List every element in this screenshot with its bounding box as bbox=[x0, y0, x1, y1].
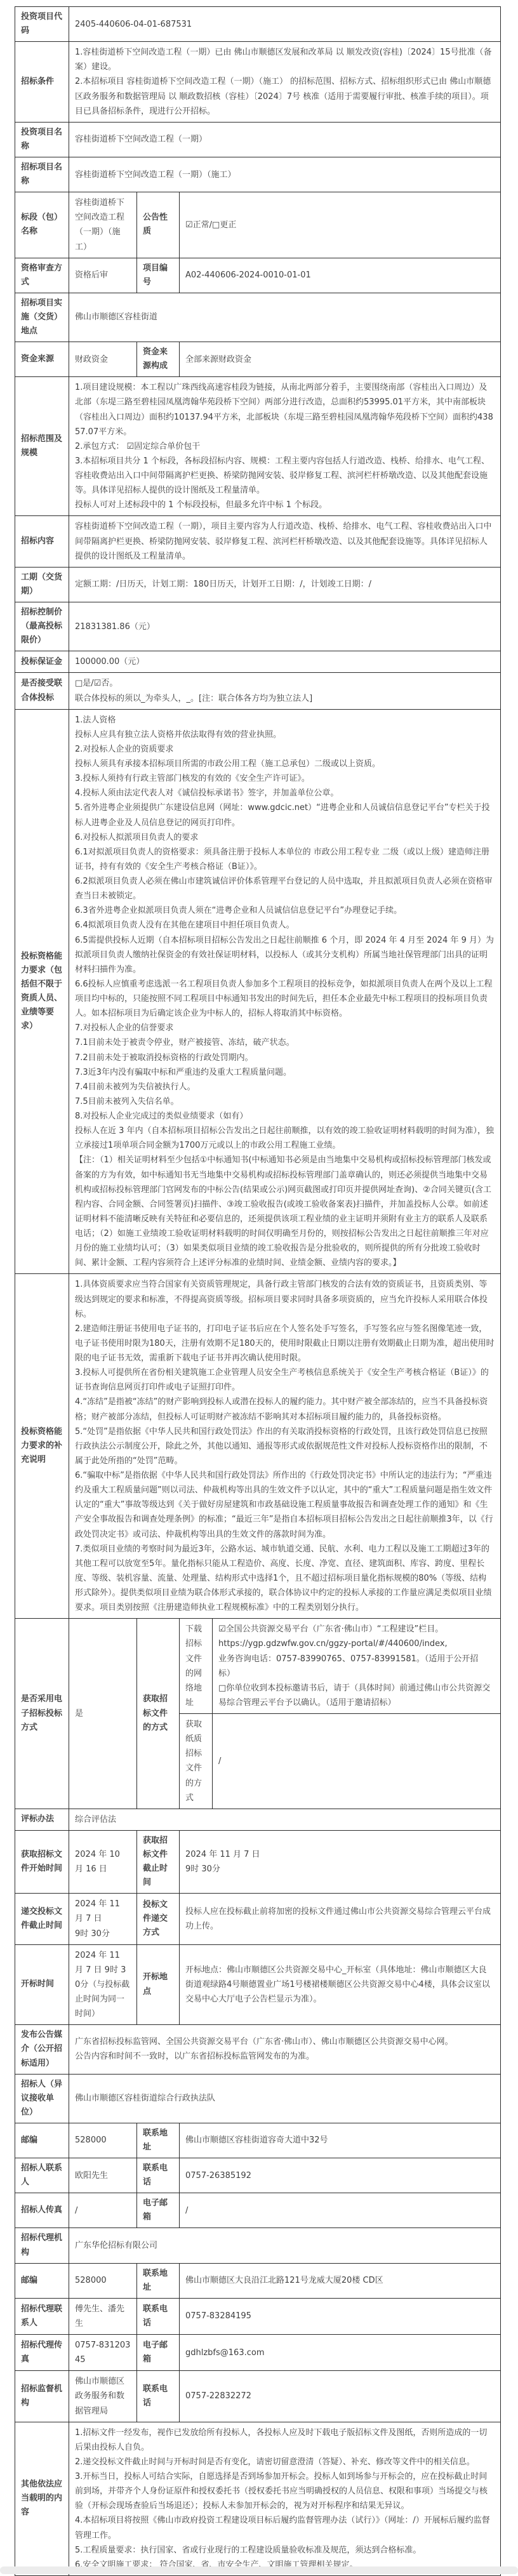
section-label: 标段（包）名称 bbox=[15, 192, 69, 258]
row-obtain-time: 获取招标文件开始时间 2024 年 10 月 16 日 获取招标文件截止时间 2… bbox=[15, 1830, 501, 1893]
tender-conditions-label: 招标条件 bbox=[15, 42, 69, 123]
qualification-supplement-value: 1.具体资质要求应当符合国家有关资质管理规定，具备行政主管部门核发的合法有效的资… bbox=[69, 1274, 501, 1619]
scope-value: 1.项目建设规模：本工程以广珠西线高速容桂段为链接，从南北两部分着手，主要围绕南… bbox=[69, 377, 501, 516]
funds-value: 财政资金 bbox=[69, 342, 137, 377]
qualification-req-label: 投标资格能力要求（包括但不限于资质人员、业绩等要求） bbox=[15, 709, 69, 1274]
consortium-label: 是否接受联合体投标 bbox=[15, 673, 69, 709]
row-tenderer: 招标人（异议接收单位） 佛山市顺德区容桂街道综合行政执法队 bbox=[15, 2074, 501, 2123]
investment-code-value: 2405-440606-04-01-687531 bbox=[69, 7, 501, 42]
row-evaluation: 评标办法 综合评估法 bbox=[15, 1809, 501, 1830]
fax2-value: 0757-83120345 bbox=[69, 2335, 137, 2371]
row-duration: 工期（交货期） 定额工期：/日历天，计划工期：180日历天，计划开工日期：/，计… bbox=[15, 567, 501, 602]
row-investment-code: 投资项目代码 2405-440606-04-01-687531 bbox=[15, 7, 501, 42]
opening-time-value: 2024 年 11 月 7 日 9时 30分（与投标截止时间为同一时间） bbox=[69, 1944, 137, 2025]
bid-bond-label: 投标保证金 bbox=[15, 651, 69, 673]
row-tender-conditions: 招标条件 1.容桂街道桥下空间改造工程（一期）已由 佛山市顺德区发展和改革局 以… bbox=[15, 42, 501, 123]
qualification-supplement-label: 投标资格能力要求的补充说明 bbox=[15, 1274, 69, 1619]
bid-bond-value: 100000.00（元） bbox=[69, 651, 501, 673]
email1-value: / bbox=[180, 2193, 501, 2228]
location-value: 佛山市顺德区容桂街道 bbox=[69, 293, 501, 342]
duration-value: 定额工期：/日历天，计划工期：180日历天，计划开工日期：/，计划竣工日期：/ bbox=[69, 567, 501, 602]
contact2-label: 招标代理联系人 bbox=[15, 2298, 69, 2334]
investment-name-label: 投资项目名称 bbox=[15, 122, 69, 157]
row-media: 发布公告媒介（公开招标适用） 广东省招标投标监管网、全国公共资源交易平台（广东省… bbox=[15, 2025, 501, 2074]
content-value: 容桂街道桥下空间改造工程（一期），项目主要内容为人行道改造、栈桥、给排水、电气工… bbox=[69, 516, 501, 567]
media-value: 广东省招标投标监管网、全国公共资源交易平台（广东省·佛山市）、佛山市顺德区公共资… bbox=[69, 2025, 501, 2074]
qualification-mode-label: 资格审查方式 bbox=[15, 258, 69, 293]
contact2-value: 傅先生、潘先生 bbox=[69, 2298, 137, 2334]
row-contact2: 招标代理联系人 傅先生、潘先生 联系电话 0757-83284195 bbox=[15, 2298, 501, 2334]
contact1-label: 招标人联系人 bbox=[15, 2158, 69, 2193]
submit-deadline-label: 递交投标文件截止时间 bbox=[15, 1894, 69, 1944]
phone2-label: 联系电话 bbox=[137, 2298, 180, 2334]
row-postcode2: 邮编 528000 联系地址 佛山市顺德区大良沿江北路121号龙威大厦20楼 C… bbox=[15, 2263, 501, 2298]
supervisor-phone-value: 0757-22832272 bbox=[180, 2371, 501, 2422]
fax1-value: / bbox=[69, 2193, 137, 2228]
download-address-label: 下载招标文件的网络地址 bbox=[180, 1619, 213, 1714]
qualification-req-value: 1.法人资格 投标人应具有独立法人资格并依法取得有效的营业执照。 2.对投标人企… bbox=[69, 709, 501, 1274]
control-price-label: 招标控制价（最高投标限价） bbox=[15, 602, 69, 651]
row-fax1: 招标人传真 / 电子邮箱 / bbox=[15, 2193, 501, 2228]
email2-label: 电子邮箱 bbox=[137, 2335, 180, 2371]
row-section: 标段（包）名称 容桂街道桥下空间改造工程（一期）（施工） 公告性质 ☑正常/□更… bbox=[15, 192, 501, 258]
row-agency: 招标代理机构 广东华伦招标有限公司 bbox=[15, 2228, 501, 2263]
opening-time-label: 开标时间 bbox=[15, 1944, 69, 2025]
row-qualification-req: 投标资格能力要求（包括但不限于资质人员、业绩等要求） 1.法人资格 投标人应具有… bbox=[15, 709, 501, 1274]
address1-value: 佛山市顺德区容桂街道容奇大道中32号 bbox=[180, 2123, 501, 2158]
evaluation-value: 综合评估法 bbox=[69, 1809, 501, 1830]
row-consortium: 是否接受联合体投标 □是/☑否。 联合体投标的须以_为牵头人，_。[注：联合体各… bbox=[15, 673, 501, 709]
funds-label: 资金来源 bbox=[15, 342, 69, 377]
notice-nature-value: ☑正常/□更正 bbox=[180, 192, 501, 258]
investment-code-label: 投资项目代码 bbox=[15, 7, 69, 42]
tenderer-label: 招标人（异议接收单位） bbox=[15, 2074, 69, 2123]
opening-place-label: 开标地点 bbox=[137, 1944, 180, 2025]
fax2-label: 招标代理传真 bbox=[15, 2335, 69, 2371]
supervisor-label: 招标监督机构 bbox=[15, 2371, 69, 2422]
address2-value: 佛山市顺德区大良沿江北路121号龙威大厦20楼 CD区 bbox=[180, 2263, 501, 2298]
investment-name-value: 容桂街道桥下空间改造工程（一期） bbox=[69, 122, 501, 157]
row-content: 招标内容 容桂街道桥下空间改造工程（一期），项目主要内容为人行道改造、栈桥、给排… bbox=[15, 516, 501, 567]
qualification-mode-value: 资格后审 bbox=[69, 258, 137, 293]
phone1-label: 联系电话 bbox=[137, 2158, 180, 2193]
tenderer-value: 佛山市顺德区容桂街道综合行政执法队 bbox=[69, 2074, 501, 2123]
postcode2-value: 528000 bbox=[69, 2263, 137, 2298]
supervisor-phone-label: 联系电话 bbox=[137, 2371, 180, 2422]
project-number-value: A02-440606-2024-0010-01-01 bbox=[180, 258, 501, 293]
row-scope: 招标范围及规模 1.项目建设规模：本工程以广珠西线高速容桂段为链接，从南北两部分… bbox=[15, 377, 501, 516]
media-label: 发布公告媒介（公开招标适用） bbox=[15, 2025, 69, 2074]
row-submit-deadline: 递交投标文件截止时间 2024 年 11 月 7 日 9时 30分 投标文件递交… bbox=[15, 1894, 501, 1944]
obtain-start-value: 2024 年 10 月 16 日 bbox=[69, 1830, 137, 1893]
evaluation-label: 评标办法 bbox=[15, 1809, 69, 1830]
opening-place-value: 开标地点：佛山市顺德区公共资源交易中心_开标室（具体地址：佛山市顺德区大良街道观… bbox=[180, 1944, 501, 2025]
postcode1-value: 528000 bbox=[69, 2123, 137, 2158]
agency-label: 招标代理机构 bbox=[15, 2228, 69, 2263]
tender-name-label: 招标项目名称 bbox=[15, 157, 69, 192]
consortium-value: □是/☑否。 联合体投标的须以_为牵头人，_。[注：联合体各方均为独立法人] bbox=[69, 673, 501, 709]
funds-composition-value: 全部来源财政资金 bbox=[180, 342, 501, 377]
address2-label: 联系地址 bbox=[137, 2263, 180, 2298]
postcode1-label: 邮编 bbox=[15, 2123, 69, 2158]
download-address-value: ☑全国公共资源交易平台（广东省·佛山市）“工程建设”栏目。 https://yg… bbox=[213, 1619, 501, 1714]
control-price-value: 21831381.86（元） bbox=[69, 602, 501, 651]
row-bid-bond: 投标保证金 100000.00（元） bbox=[15, 651, 501, 673]
contact1-value: 欧阳先生 bbox=[69, 2158, 137, 2193]
paper-method-value: / bbox=[213, 1714, 501, 1809]
row-fax2: 招标代理传真 0757-83120345 电子邮箱 gdhlzbfs@163.c… bbox=[15, 2335, 501, 2371]
content-label: 招标内容 bbox=[15, 516, 69, 567]
electronic-mode-label: 是否采用电子招标投标方式 bbox=[15, 1619, 69, 1809]
paper-method-label: 获取纸质招标文件的方式 bbox=[180, 1714, 213, 1809]
tender-conditions-value: 1.容桂街道桥下空间改造工程（一期）已由 佛山市顺德区发展和改革局 以 顺发改资… bbox=[69, 42, 501, 123]
row-supervisor: 招标监督机构 佛山市顺德区政务服务和数据管理局 联系电话 0757-228322… bbox=[15, 2371, 501, 2422]
obtain-start-label: 获取招标文件开始时间 bbox=[15, 1830, 69, 1893]
submit-method-value: 投标人应在投标截止前将加密的投标文件通过佛山市公共资源交易综合管理云平台成功上传… bbox=[180, 1894, 501, 1944]
horizontal-scrollbar-track[interactable] bbox=[0, 2566, 518, 2574]
row-qualification-mode: 资格审查方式 资格后审 项目编号 A02-440606-2024-0010-01… bbox=[15, 258, 501, 293]
postcode2-label: 邮编 bbox=[15, 2263, 69, 2298]
obtain-end-label: 获取招标文件截止时间 bbox=[137, 1830, 180, 1893]
row-opening: 开标时间 2024 年 11 月 7 日 9时 30分（与投标截止时间为同一时间… bbox=[15, 1944, 501, 2025]
funds-composition-label: 资金来源构成 bbox=[137, 342, 180, 377]
electronic-mode-value: 是 bbox=[69, 1619, 137, 1809]
address1-label: 联系地址 bbox=[137, 2123, 180, 2158]
agency-value: 广东华伦招标有限公司 bbox=[69, 2228, 501, 2263]
duration-label: 工期（交货期） bbox=[15, 567, 69, 602]
row-control-price: 招标控制价（最高投标限价） 21831381.86（元） bbox=[15, 602, 501, 651]
fax1-label: 招标人传真 bbox=[15, 2193, 69, 2228]
section-value: 容桂街道桥下空间改造工程（一期）（施工） bbox=[69, 192, 137, 258]
row-tender-name: 招标项目名称 容桂街道桥下空间改造工程（一期）（施工） bbox=[15, 157, 501, 192]
other-label: 其他依法应当载明的内容 bbox=[15, 2422, 69, 2575]
tender-name-value: 容桂街道桥下空间改造工程（一期）（施工） bbox=[69, 157, 501, 192]
obtain-end-value: 2024 年 11 月 7 日 9时 30分 bbox=[180, 1830, 501, 1893]
scope-label: 招标范围及规模 bbox=[15, 377, 69, 516]
email1-label: 电子邮箱 bbox=[137, 2193, 180, 2228]
location-label: 招标项目实施（交货）地点 bbox=[15, 293, 69, 342]
notice-nature-label: 公告性质 bbox=[137, 192, 180, 258]
other-value: 1.招标文件一经发布，视作已发放给所有投标人，各投标人应及时下载电子版招标文件及… bbox=[69, 2422, 501, 2575]
row-location: 招标项目实施（交货）地点 佛山市顺德区容桂街道 bbox=[15, 293, 501, 342]
row-electronic-download: 是否采用电子招标投标方式 是 获取招标文件的方式 下载招标文件的网络地址 ☑全国… bbox=[15, 1619, 501, 1714]
row-funds: 资金来源 财政资金 资金来源构成 全部来源财政资金 bbox=[15, 342, 501, 377]
row-contact1: 招标人联系人 欧阳先生 联系电话 0757-26385192 bbox=[15, 2158, 501, 2193]
row-postcode1: 邮编 528000 联系地址 佛山市顺德区容桂街道容奇大道中32号 bbox=[15, 2123, 501, 2158]
row-other: 其他依法应当载明的内容 1.招标文件一经发布，视作已发放给所有投标人，各投标人应… bbox=[15, 2422, 501, 2575]
submit-deadline-value: 2024 年 11 月 7 日 9时 30分 bbox=[69, 1894, 137, 1944]
row-investment-name: 投资项目名称 容桂街道桥下空间改造工程（一期） bbox=[15, 122, 501, 157]
project-number-label: 项目编号 bbox=[137, 258, 180, 293]
submit-method-label: 投标文件递交方式 bbox=[137, 1894, 180, 1944]
supervisor-value: 佛山市顺德区政务服务和数据管理局 bbox=[69, 2371, 137, 2422]
email2-value: gdhlzbfs@163.com bbox=[180, 2335, 501, 2371]
obtain-method-label: 获取招标文件的方式 bbox=[137, 1619, 180, 1809]
row-qualification-supplement: 投标资格能力要求的补充说明 1.具体资质要求应当符合国家有关资质管理规定，具备行… bbox=[15, 1274, 501, 1619]
phone1-value: 0757-26385192 bbox=[180, 2158, 501, 2193]
phone2-value: 0757-83284195 bbox=[180, 2298, 501, 2334]
tender-announcement-page: 投资项目代码 2405-440606-04-01-687531 招标条件 1.容… bbox=[0, 6, 518, 2576]
tender-announcement-table: 投资项目代码 2405-440606-04-01-687531 招标条件 1.容… bbox=[15, 6, 501, 2576]
